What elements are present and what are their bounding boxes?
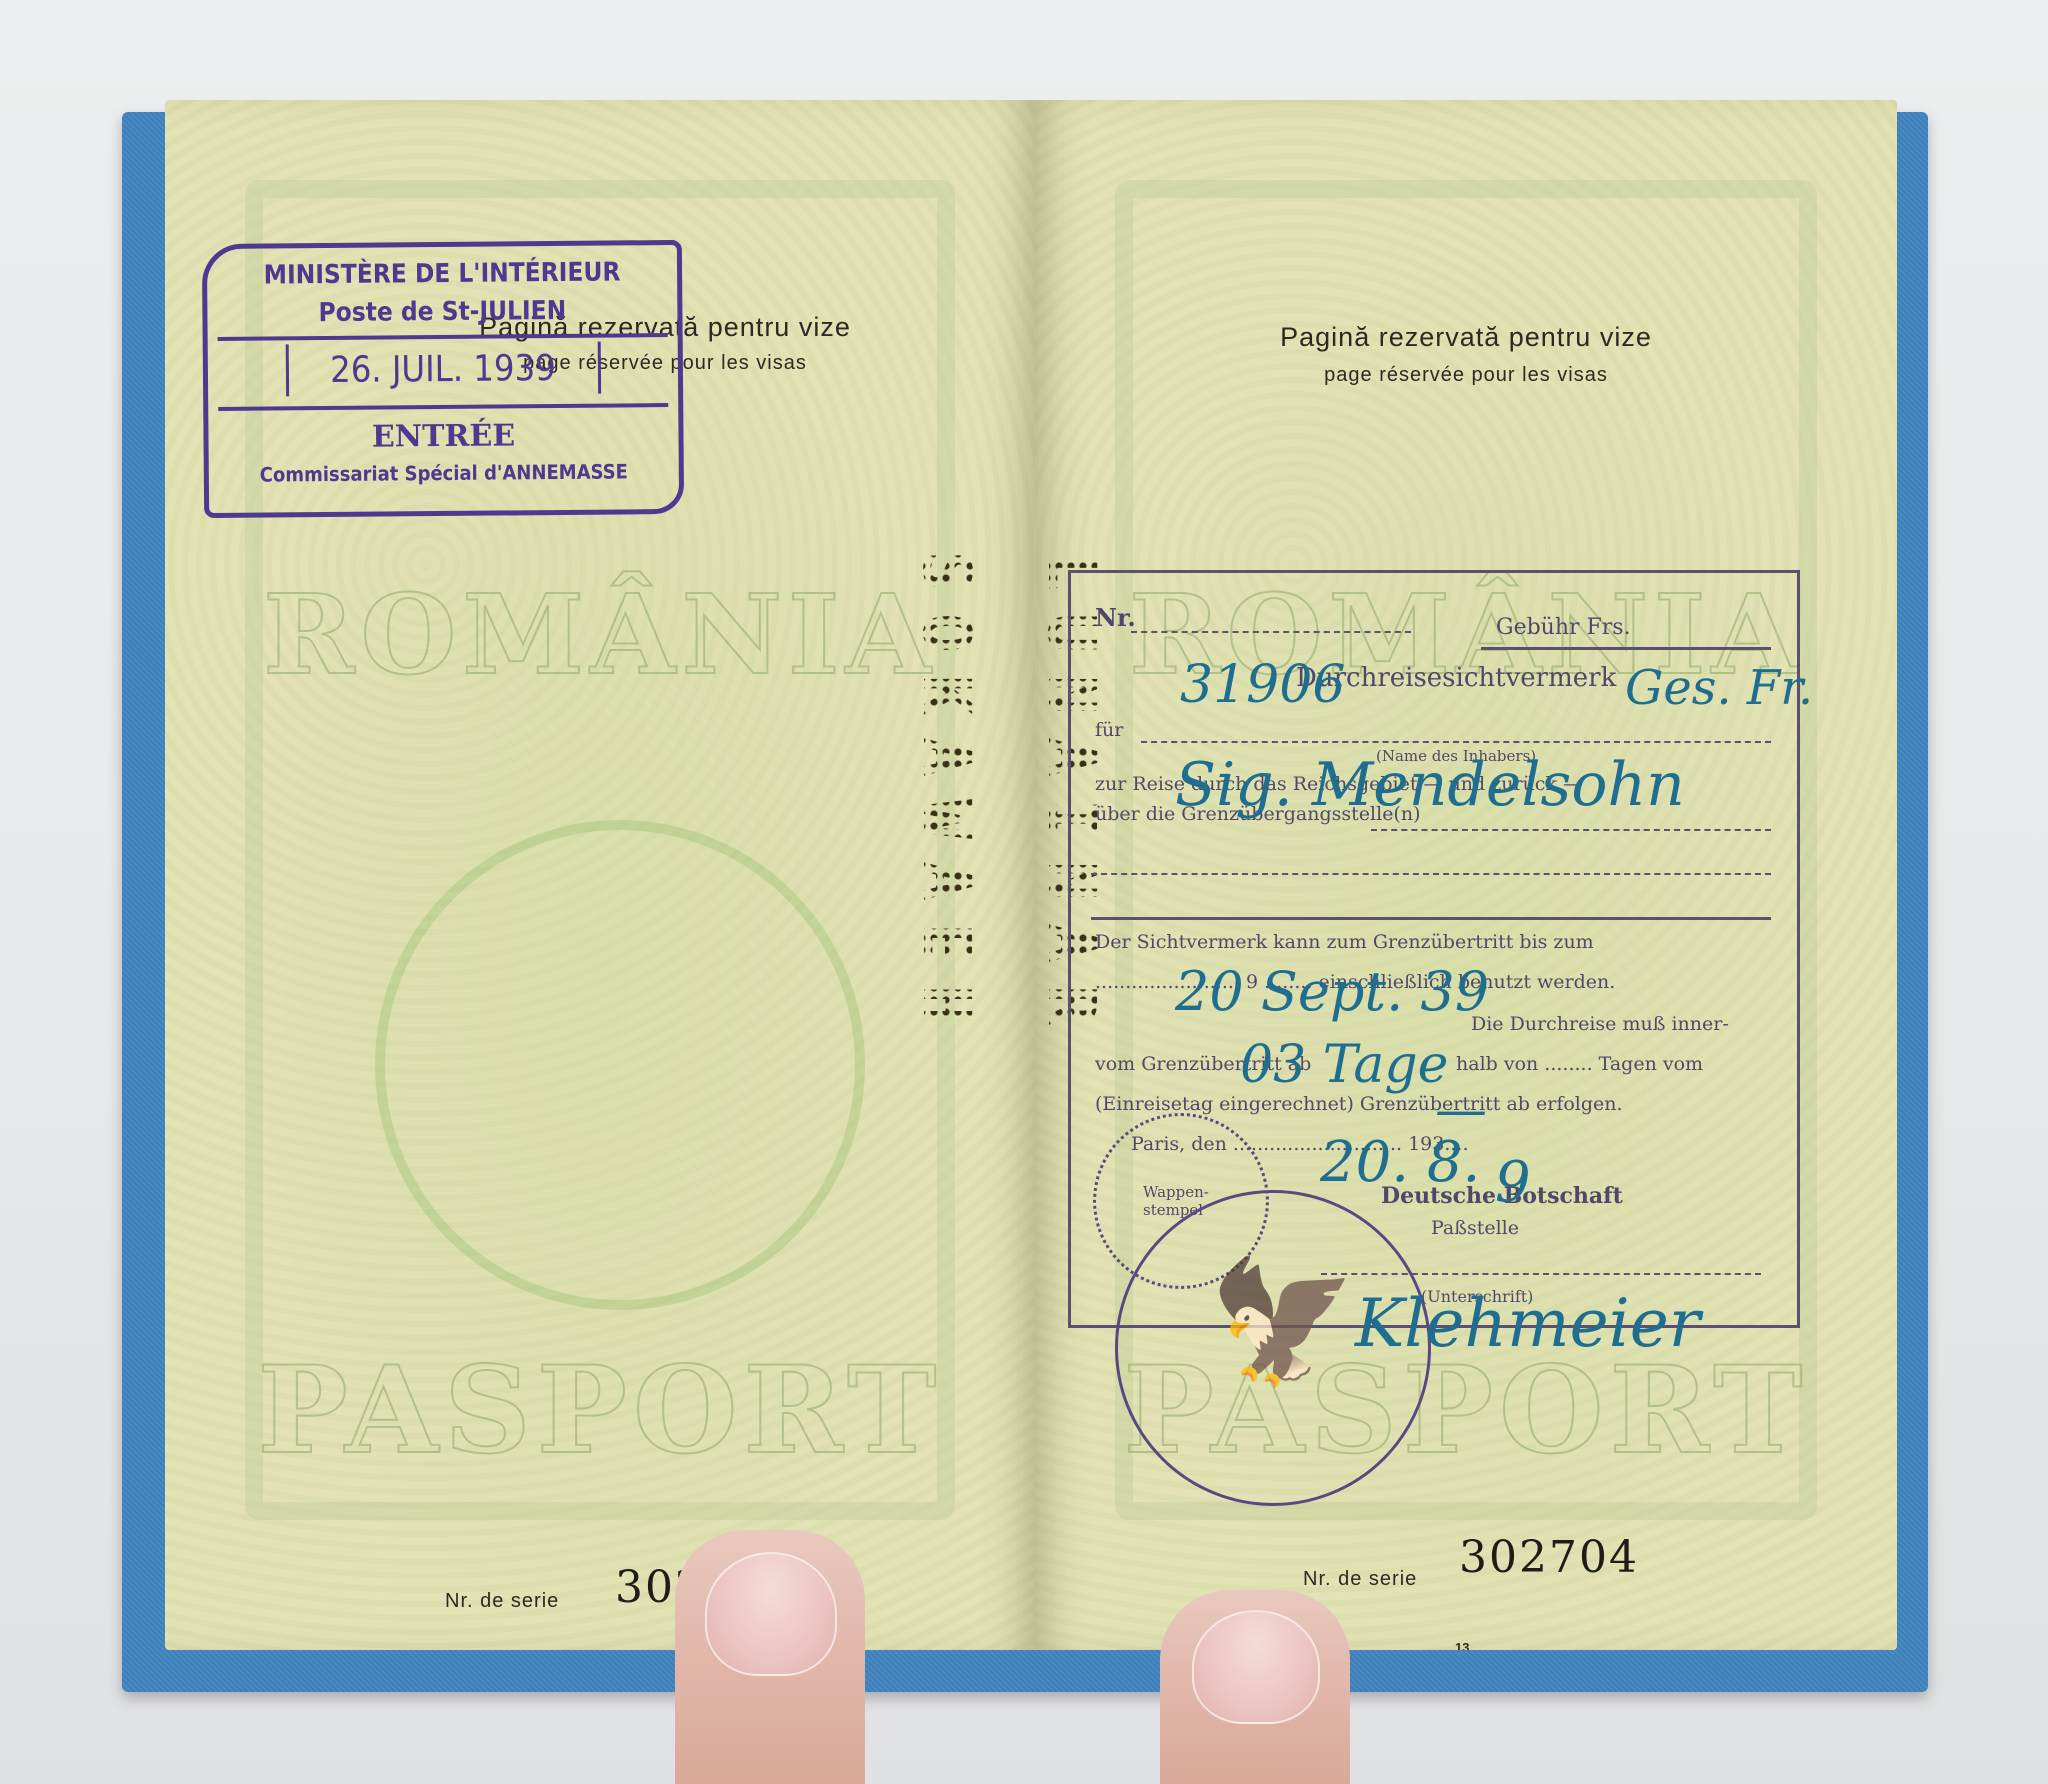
handwritten-days: 03 Tage	[1240, 1035, 1448, 1095]
handwritten-holder-name: Sig. Mendelsohn	[1175, 750, 1685, 820]
right-header-ro: Pagină rezervată pentru vize	[1035, 322, 1897, 353]
right-page: Pagină rezervată pentru vize page réserv…	[1035, 100, 1897, 1650]
stamp-rule	[218, 333, 668, 341]
stamp-ministry: MINISTÈRE DE L'INTÉRIEUR	[207, 257, 677, 291]
finger-right	[1160, 1590, 1350, 1784]
eagle-emblem-icon: 🦅	[1208, 1253, 1357, 1393]
visa-valid-line4: halb von ........ Tagen vom	[1456, 1053, 1703, 1075]
stamp-commissariat: Commissariat Spécial d'ANNEMASSE	[209, 459, 679, 487]
left-page: Pagină rezervată pentru vize page réserv…	[165, 100, 1035, 1650]
visa-nr-label: Nr.	[1095, 603, 1136, 632]
handwritten-valid-until: 20 Sept. 39	[1175, 960, 1489, 1023]
handwritten-visa-number: 31906	[1180, 655, 1345, 715]
serial-label: Nr. de serie	[445, 1590, 559, 1613]
visa-fee-label: Gebühr Frs.	[1496, 615, 1631, 640]
perforation-left: S O K A W A E H	[910, 540, 980, 1036]
serial-number: 302704	[1459, 1532, 1639, 1583]
coat-of-arms-watermark	[375, 820, 865, 1310]
serial-label: Nr. de serie	[1303, 1568, 1417, 1591]
visa-valid-line3: Die Durchreise muß inner-	[1471, 1013, 1729, 1035]
french-entry-stamp: MINISTÈRE DE L'INTÉRIEUR Poste de St-JUL…	[202, 240, 684, 518]
visa-holder-prefix: für	[1095, 719, 1123, 741]
fingernail	[705, 1552, 837, 1676]
handwritten-fee: Ges. Fr.	[1625, 660, 1813, 716]
watermark-pasport: PASPORT	[165, 1340, 1035, 1481]
handwritten-signature: Klehmeier	[1355, 1285, 1700, 1362]
right-header-fr: page réservée pour les visas	[1035, 364, 1897, 387]
visa-valid-line1: Der Sichtvermerk kann zum Grenzübertritt…	[1095, 931, 1594, 953]
finger-left	[675, 1530, 865, 1784]
handwritten-date: 20. 8.	[1320, 1130, 1480, 1195]
stamp-entree: ENTRÉE	[208, 417, 678, 456]
stamp-rule	[218, 403, 668, 411]
fingernail	[1192, 1610, 1320, 1724]
page-number: 13	[1455, 1640, 1469, 1650]
watermark-romania: ROMÂNIA	[165, 570, 1035, 699]
stamp-date: 26. JUIL. 1939	[208, 347, 678, 392]
visa-valid-line6: (Einreisetag eingerechnet) Grenzübertrit…	[1095, 1093, 1623, 1115]
stamp-post: Poste de St-JULIEN	[207, 295, 677, 329]
handwritten-year: 9	[1495, 1150, 1531, 1215]
visa-office: Paßstelle	[1431, 1217, 1519, 1239]
stamp-bar	[598, 342, 601, 394]
